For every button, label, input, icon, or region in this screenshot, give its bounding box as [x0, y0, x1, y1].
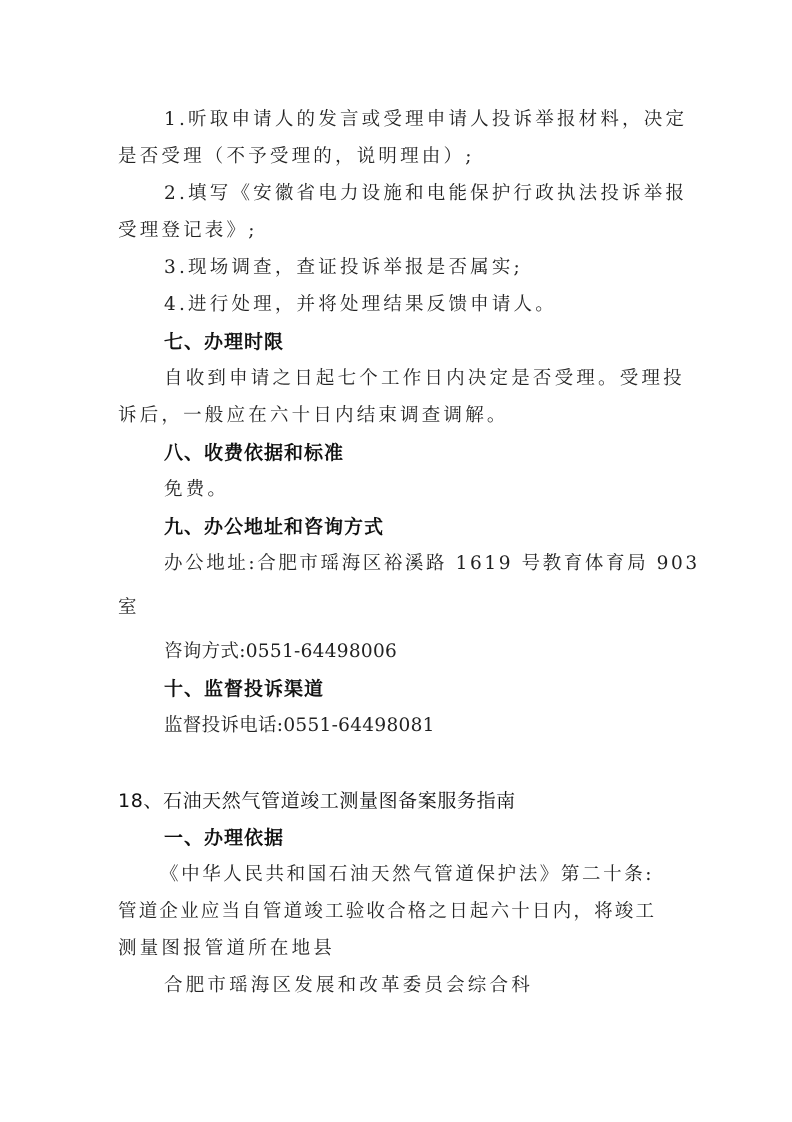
section-heading-10: 十、监督投诉渠道: [164, 677, 324, 701]
step-2-line-2: 受理登记表》;: [118, 219, 258, 243]
office-address-line-2: 室: [118, 596, 140, 620]
section-heading-7: 七、办理时限: [164, 330, 284, 354]
step-3: 3.现场调查，查证投诉举报是否属实;: [164, 256, 523, 280]
office-address-line-1: 办公地址:合肥市瑶海区裕溪路 1619 号教育体育局 903: [164, 552, 700, 576]
step-4: 4.进行处理，并将处理结果反馈申请人。: [164, 293, 557, 317]
document-page: 1.听取申请人的发言或受理申请人投诉举报材料，决定 是否受理（不予受理的，说明理…: [0, 0, 792, 1122]
fee-text: 免费。: [164, 478, 229, 502]
section-heading-9: 九、办公地址和咨询方式: [164, 515, 384, 539]
basis-line-4: 合肥市瑶海区发展和改革委员会综合科: [164, 974, 533, 998]
step-1-line-2: 是否受理（不予受理的，说明理由）;: [118, 145, 475, 169]
guide-title-18: 18、石油天然气管道竣工测量图备案服务指南: [118, 789, 516, 813]
section-heading-8: 八、收费依据和标准: [164, 441, 344, 465]
basis-line-1: 《中华人民共和国石油天然气管道保护法》第二十条:: [160, 863, 654, 887]
basis-line-2: 管道企业应当自管道竣工验收合格之日起六十日内，将竣工: [118, 900, 656, 924]
basis-line-3: 测量图报管道所在地县: [118, 937, 335, 961]
time-limit-line-1: 自收到申请之日起七个工作日内决定是否受理。受理投: [164, 367, 685, 391]
section-heading-1: 一、办理依据: [164, 826, 284, 850]
step-1-line-1: 1.听取申请人的发言或受理申请人投诉举报材料，决定: [164, 108, 687, 132]
complaint-phone: 监督投诉电话:0551-64498081: [164, 714, 435, 738]
consult-phone: 咨询方式:0551-64498006: [164, 640, 397, 664]
time-limit-line-2: 诉后，一般应在六十日内结束调查调解。: [118, 404, 509, 428]
step-2-line-1: 2.填写《安徽省电力设施和电能保护行政执法投诉举报: [164, 182, 687, 206]
